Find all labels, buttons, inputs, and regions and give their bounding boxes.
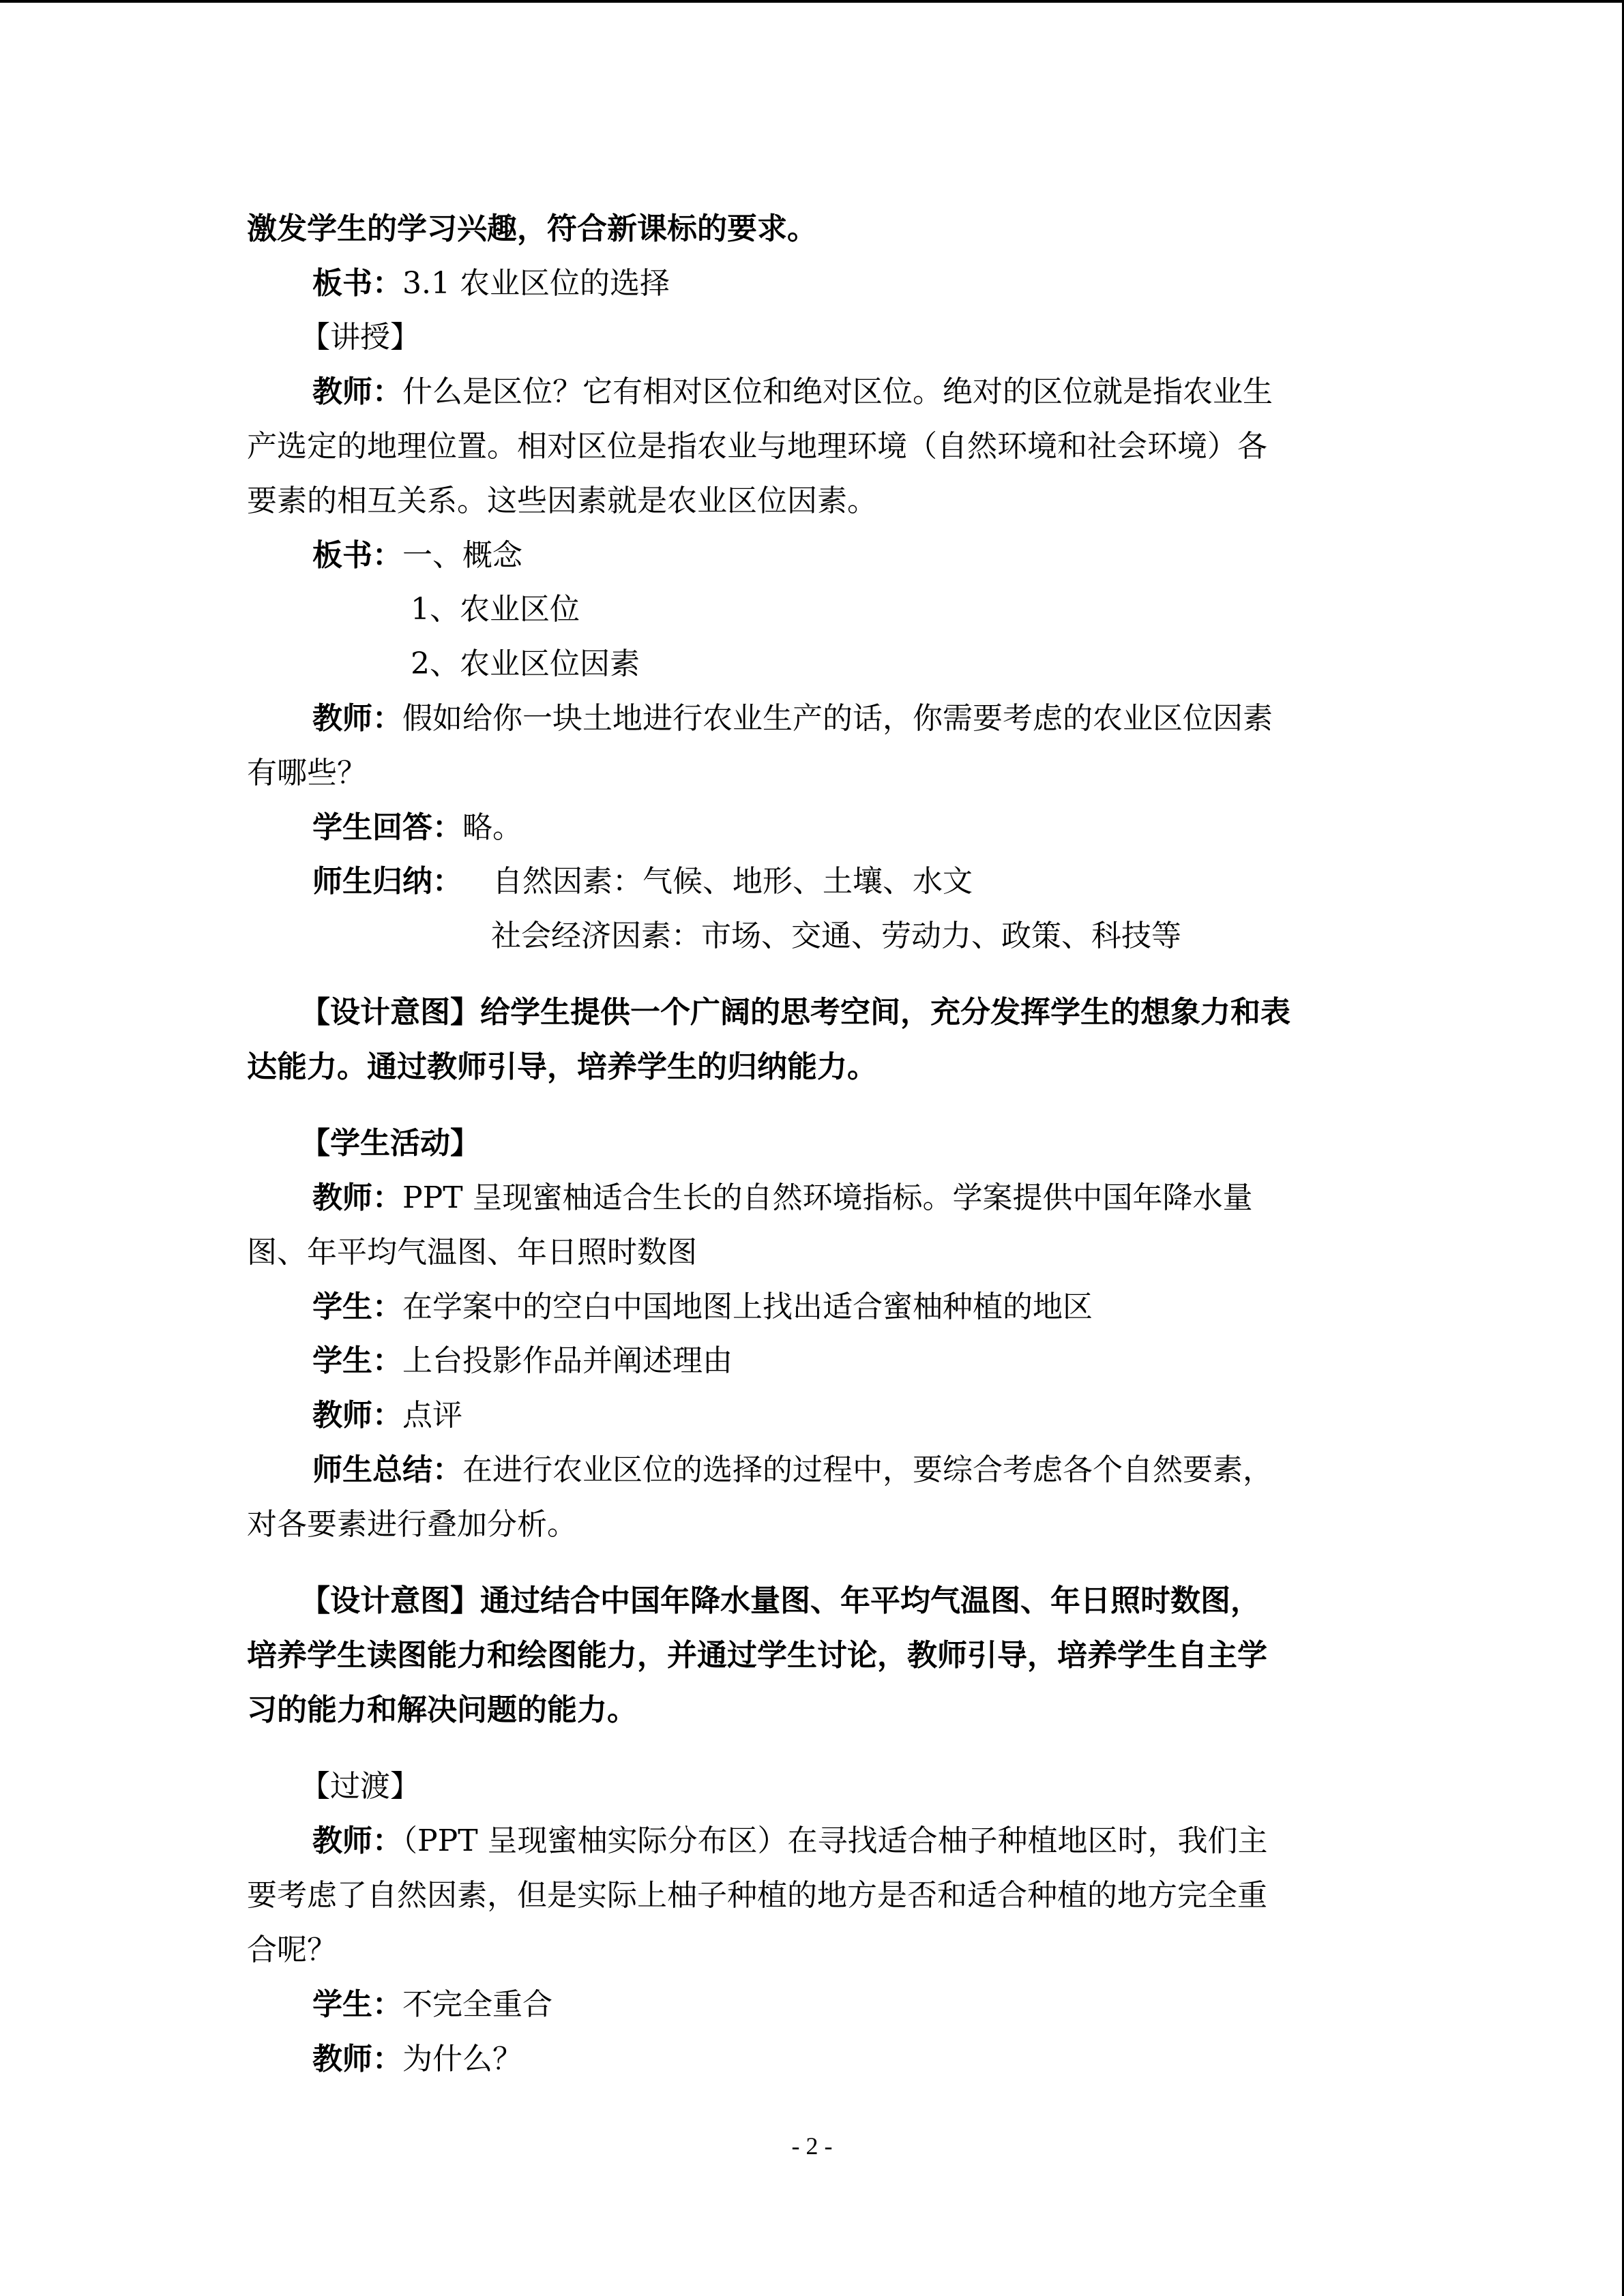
teacher-line: 教师：为什么？ bbox=[312, 2039, 522, 2080]
speaker-label: 学生： bbox=[312, 1987, 402, 2022]
teacher-line: 教师：假如给你一块土地进行农业生产的话，你需要考虑的农业区位因素 bbox=[312, 698, 1273, 739]
paragraph-text: 什么是区位？它有相对区位和绝对区位。绝对的区位就是指农业生 bbox=[402, 374, 1273, 409]
paragraph-text: 激发学生的学习兴趣，符合新课标的要求。 bbox=[247, 211, 817, 246]
summary-line: 师生归纳：自然因素：气候、地形、土壤、水文 bbox=[312, 861, 973, 902]
speaker-label: 教师： bbox=[312, 1180, 402, 1215]
speaker-label: 师生归纳： bbox=[312, 864, 462, 899]
design-intent-paragraph: 【设计意图】给学生提供一个广阔的思考空间，充分发挥学生的想象力和表 bbox=[300, 992, 1290, 1033]
paragraph-text: 点评 bbox=[402, 1398, 462, 1433]
paragraph-line: 图、年平均气温图、年日照时数图 bbox=[247, 1232, 697, 1273]
paragraph-text: 一、概念 bbox=[402, 538, 522, 573]
section-heading: 【讲授】 bbox=[300, 320, 420, 355]
teacher-line: 教师：（PPT 呈现蜜柚实际分布区）在寻找适合柚子种植地区时，我们主 bbox=[312, 1821, 1268, 1862]
design-intent-paragraph: 【设计意图】通过结合中国年降水量图、年平均气温图、年日照时数图， bbox=[300, 1581, 1260, 1622]
speaker-label: 教师： bbox=[312, 1823, 402, 1858]
paragraph-text: 不完全重合 bbox=[402, 1987, 552, 2022]
teacher-line: 教师：什么是区位？它有相对区位和绝对区位。绝对的区位就是指农业生 bbox=[312, 372, 1273, 413]
section-heading: 【过渡】 bbox=[300, 1769, 420, 1804]
paragraph-line: 产选定的地理位置。相对区位是指农业与地理环境（自然环境和社会环境）各 bbox=[247, 426, 1267, 467]
page-number: - 2 - bbox=[0, 2132, 1624, 2160]
paragraph-text: 合呢？ bbox=[247, 1933, 337, 1967]
section-heading: 【学生活动】 bbox=[300, 1126, 480, 1161]
paragraph-line: 有哪些？ bbox=[247, 753, 367, 794]
paragraph-text: 社会经济因素：市场、交通、劳动力、政策、科技等 bbox=[491, 919, 1181, 953]
board-line: 板书：一、概念 bbox=[312, 535, 522, 576]
summary-line: 社会经济因素：市场、交通、劳动力、政策、科技等 bbox=[491, 916, 1181, 957]
paragraph-text: 图、年平均气温图、年日照时数图 bbox=[247, 1235, 697, 1270]
speaker-label: 板书： bbox=[312, 266, 402, 301]
summary-line: 师生总结：在进行农业区位的选择的过程中，要综合考虑各个自然要素， bbox=[312, 1450, 1273, 1491]
design-intent-paragraph: 达能力。通过教师引导，培养学生的归纳能力。 bbox=[247, 1047, 877, 1088]
paragraph-text: 【设计意图】通过结合中国年降水量图、年平均气温图、年日照时数图， bbox=[300, 1583, 1260, 1618]
student-line: 学生：上台投影作品并阐述理由 bbox=[312, 1341, 733, 1382]
student-line: 学生：在学案中的空白中国地图上找出适合蜜柚种植的地区 bbox=[312, 1287, 1093, 1328]
teacher-line: 教师：PPT 呈现蜜柚适合生长的自然环境指标。学案提供中国年降水量 bbox=[312, 1178, 1253, 1219]
paragraph-text: 假如给你一块土地进行农业生产的话，你需要考虑的农业区位因素 bbox=[402, 701, 1273, 736]
paragraph-text: 对各要素进行叠加分析。 bbox=[247, 1507, 577, 1542]
paragraph-text: 培养学生读图能力和绘图能力，并通过学生讨论，教师引导，培养学生自主学 bbox=[247, 1638, 1267, 1673]
paragraph-line: 要考虑了自然因素，但是实际上柚子种植的地方是否和适合种植的地方完全重 bbox=[247, 1875, 1267, 1916]
speaker-label: 教师： bbox=[312, 374, 402, 409]
speaker-label: 教师： bbox=[312, 1398, 402, 1433]
speaker-label: 学生： bbox=[312, 1343, 402, 1378]
design-intent-paragraph: 培养学生读图能力和绘图能力，并通过学生讨论，教师引导，培养学生自主学 bbox=[247, 1635, 1267, 1676]
paragraph-text: 要素的相互关系。这些因素就是农业区位因素。 bbox=[247, 483, 877, 518]
paragraph-text: 要考虑了自然因素，但是实际上柚子种植的地方是否和适合种植的地方完全重 bbox=[247, 1878, 1267, 1913]
board-title-line: 板书：3.1 农业区位的选择 bbox=[312, 263, 670, 304]
paragraph-text: 1、农业区位 bbox=[411, 592, 580, 627]
speaker-label: 学生： bbox=[312, 1289, 402, 1324]
design-intent-continuation: 激发学生的学习兴趣，符合新课标的要求。 bbox=[247, 209, 817, 250]
paragraph-text: 自然因素：气候、地形、土壤、水文 bbox=[492, 864, 973, 899]
speaker-label: 教师： bbox=[312, 701, 402, 736]
speaker-label: 板书： bbox=[312, 538, 402, 573]
paragraph-line: 要素的相互关系。这些因素就是农业区位因素。 bbox=[247, 481, 877, 522]
paragraph-text: 习的能力和解决问题的能力。 bbox=[247, 1693, 637, 1727]
board-item: 2、农业区位因素 bbox=[411, 644, 640, 685]
paragraph-text: 【设计意图】给学生提供一个广阔的思考空间，充分发挥学生的想象力和表 bbox=[300, 995, 1290, 1030]
paragraph-line: 合呢？ bbox=[247, 1930, 337, 1971]
paragraph-text: 上台投影作品并阐述理由 bbox=[402, 1343, 733, 1378]
paragraph-text: 有哪些？ bbox=[247, 756, 367, 790]
paragraph-text: 2、农业区位因素 bbox=[411, 646, 640, 681]
teacher-line: 教师：点评 bbox=[312, 1395, 462, 1436]
student-line: 学生：不完全重合 bbox=[312, 1984, 552, 2025]
speaker-label: 师生总结： bbox=[312, 1452, 462, 1487]
section-heading-transition: 【过渡】 bbox=[300, 1766, 420, 1807]
paragraph-text: 在进行农业区位的选择的过程中，要综合考虑各个自然要素， bbox=[462, 1452, 1273, 1487]
section-heading-student-activity: 【学生活动】 bbox=[300, 1123, 480, 1164]
paragraph-text: 为什么？ bbox=[402, 2042, 522, 2076]
paragraph-text: 3.1 农业区位的选择 bbox=[402, 266, 670, 301]
student-answer-line: 学生回答：略。 bbox=[312, 807, 522, 848]
design-intent-paragraph: 习的能力和解决问题的能力。 bbox=[247, 1690, 637, 1731]
paragraph-text: （PPT 呈现蜜柚实际分布区）在寻找适合柚子种植地区时，我们主 bbox=[402, 1823, 1268, 1858]
paragraph-text: 达能力。通过教师引导，培养学生的归纳能力。 bbox=[247, 1049, 877, 1084]
paragraph-text: PPT 呈现蜜柚适合生长的自然环境指标。学案提供中国年降水量 bbox=[402, 1180, 1253, 1215]
paragraph-text: 在学案中的空白中国地图上找出适合蜜柚种植的地区 bbox=[402, 1289, 1093, 1324]
page-top-border bbox=[0, 0, 1624, 3]
paragraph-text: 略。 bbox=[462, 810, 522, 845]
paragraph-text: 产选定的地理位置。相对区位是指农业与地理环境（自然环境和社会环境）各 bbox=[247, 429, 1267, 464]
section-heading-lecture: 【讲授】 bbox=[300, 317, 420, 358]
speaker-label: 学生回答： bbox=[312, 810, 462, 845]
board-item: 1、农业区位 bbox=[411, 589, 580, 630]
paragraph-line: 对各要素进行叠加分析。 bbox=[247, 1504, 577, 1545]
speaker-label: 教师： bbox=[312, 2042, 402, 2076]
